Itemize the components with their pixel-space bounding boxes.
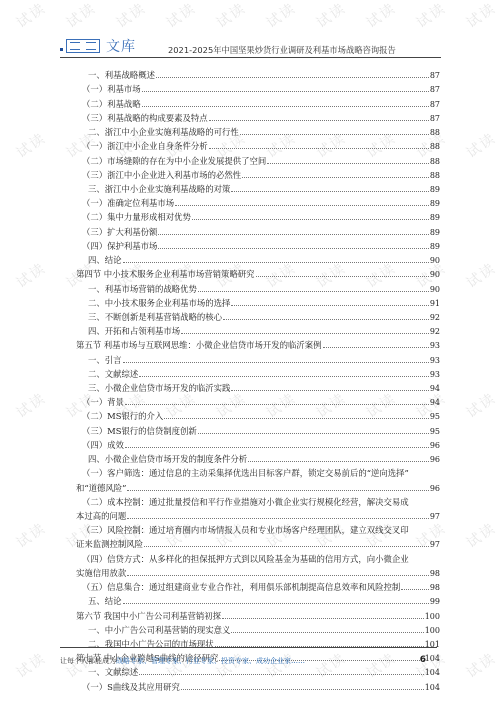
toc-entry-page: 88 [430,140,440,153]
watermark-text: 试读 [462,0,499,32]
dot-leader [242,177,429,178]
dot-leader [231,305,428,306]
toc-entry-title: 证来监测控制风险 [76,538,143,551]
toc-entry[interactable]: 一、利基战略概述87 [76,68,440,82]
toc-entry[interactable]: （四）信贷方式：从多样化的担保抵押方式到以风险基金为基础的信用方式，向小微企业 [76,551,440,565]
toc-entry[interactable]: 三、小微企业信贷市场开发的临沂实践94 [76,381,440,395]
toc-entry-title: 一、利基市场营销的战略优势 [88,283,197,296]
dot-leader [248,461,429,462]
dot-leader [240,134,429,135]
toc-entry-title: （三）扩大利基份额 [82,226,157,239]
watermark-text: 试读 [312,0,350,32]
toc-entry[interactable]: （二）集中力量形成相对优势89 [76,210,440,224]
toc-entry-title: （三）风险控制：通过培育圈内市场情报人员和专业市场客户经理团队，建立双线交叉印 [82,524,440,537]
wenku-logo: 文库 [60,36,136,56]
watermark-text: 试读 [412,0,450,32]
toc-entry[interactable]: 证来监测控制风险97 [76,537,440,551]
toc-entry-page: 96 [430,453,440,466]
toc-entry[interactable]: （四）保护利基市场89 [76,239,440,253]
header-divider [60,57,441,58]
toc-entry[interactable]: 二、文献综述93 [76,367,440,381]
watermark-text: 试读 [12,258,50,293]
table-of-contents: 一、利基战略概述87（一）利基市场87（二）利基战略87（三）利基战略的构成要素… [76,68,440,694]
watermark-text: 试读 [462,518,499,553]
logo-dot-icon [60,48,63,51]
toc-entry-title: （二）集中力量形成相对优势 [82,211,191,224]
toc-entry[interactable]: 一、引言93 [76,352,440,366]
toc-entry-page: 95 [430,410,440,423]
dot-leader [144,546,429,547]
toc-entry-page: 90 [430,283,440,296]
dot-leader [158,234,428,235]
dot-leader [123,362,429,363]
toc-entry[interactable]: 四、开拓和占领利基市场92 [76,324,440,338]
dot-leader [175,205,429,206]
toc-entry-title: 第四节 中小技术服务企业利基市场营销策略研究 [76,268,255,281]
watermark-text: 试读 [462,128,499,163]
toc-entry-title: 一、引言 [88,354,122,367]
toc-entry[interactable]: （二）成本控制：通过批量授信和平行作业措施对小微企业实行规模化经营，解决交易成 [76,495,440,509]
logo-mark-icon [66,39,100,53]
toc-entry[interactable]: （三）风险控制：通过培育圈内市场情报人员和专业市场客户经理团队，建立双线交叉印 [76,523,440,537]
toc-entry-page: 88 [430,169,440,182]
watermark-text: 试读 [12,648,50,683]
footer-divider [60,647,437,648]
footer-slogan: 让每个人都能成为战略专家、管理专家、行业专家、投资专家、成功企业家…… [60,656,305,666]
toc-entry-title: 四、开拓和占领利基市场 [88,325,180,338]
watermark-text: 试读 [12,388,50,423]
toc-entry-page: 98 [430,567,440,580]
toc-entry[interactable]: 五、结论99 [76,594,440,608]
dot-leader [209,148,429,149]
toc-entry[interactable]: （一）利基市场87 [76,82,440,96]
toc-entry[interactable]: （一）客户筛选：通过信息的主动采集择优选出目标客户群，锁定交易前后的“逆向选择” [76,466,440,480]
dot-leader [267,163,429,164]
toc-entry-page: 87 [430,83,440,96]
toc-entry-title: （二）市场缝隙的存在为中小企业发展提供了空间 [82,155,266,168]
toc-entry-page: 89 [430,197,440,210]
toc-entry-title: 二、文献综述 [88,368,138,381]
toc-entry-title: 四、结论 [88,254,122,267]
toc-entry[interactable]: （二）MS银行的介入95 [76,409,440,423]
toc-entry[interactable]: 和“道德风险”96 [76,480,440,494]
toc-entry-page: 89 [430,183,440,196]
toc-entry-title: （三）浙江中小企业进入利基市场的必然性 [82,169,241,182]
watermark-text: 试读 [262,0,300,32]
watermark-text: 试读 [362,0,400,32]
toc-entry-page: 93 [430,339,440,352]
watermark-text: 试读 [62,0,100,32]
dot-leader [209,120,429,121]
dot-leader [198,433,429,434]
watermark-text: 试读 [112,0,150,32]
toc-entry-title: 第六节 我国中小广告公司利基营销初探 [76,610,221,623]
watermark-text: 试读 [12,0,50,32]
toc-entry[interactable]: 四、小微企业信贷市场开发的制度条件分析96 [76,452,440,466]
dot-leader [231,632,423,633]
toc-entry[interactable]: 三、不断创新是利基营销战略的核心92 [76,310,440,324]
toc-entry-title: （四）信贷方式：从多样化的担保抵押方式到以风险基金为基础的信用方式，向小微企业 [82,553,440,566]
toc-entry[interactable]: （三）浙江中小企业进入利基市场的必然性88 [76,168,440,182]
dot-leader [192,219,429,220]
toc-entry[interactable]: （一）背景94 [76,395,440,409]
dot-leader [323,347,429,348]
toc-entry-page: 92 [430,311,440,324]
page-number: 6 [420,655,426,665]
toc-entry-title: （一）S曲线及其应用研究 [82,681,180,694]
toc-entry-title: （一）浙江中小企业自身条件分析 [82,140,208,153]
toc-entry[interactable]: 第六节 我国中小广告公司利基营销初探100 [76,608,440,622]
toc-entry-page: 89 [430,211,440,224]
toc-entry[interactable]: 三、浙江中小企业实施利基战略的对策89 [76,182,440,196]
toc-entry-page: 96 [430,439,440,452]
toc-entry-title: 实施信用放款 [76,567,126,580]
toc-entry[interactable]: （二）利基战略87 [76,96,440,110]
toc-entry-title: （四）保护利基市场 [82,240,157,253]
toc-entry-page: 90 [430,254,440,267]
toc-entry-page: 89 [430,226,440,239]
toc-entry-title: 五、结论 [88,595,122,608]
dot-leader [181,689,424,690]
toc-entry-title: （二）MS银行的介入 [82,410,163,423]
toc-entry-page: 90 [430,268,440,281]
logo-text: 文库 [106,36,136,56]
toc-entry[interactable]: 第四节 中小技术服务企业利基市场营销策略研究90 [76,267,440,281]
toc-entry[interactable]: （五）信息集合：通过组建商业专业合作社，利用俱乐部机制提高信息效率和风险控制98 [76,580,440,594]
toc-entry-title: 二、浙江中小企业实施利基战略的可行性 [88,126,239,139]
toc-entry-page: 88 [430,126,440,139]
toc-entry[interactable]: 二、我国中小广告公司的市场现状101 [76,637,440,651]
toc-entry-title: （三）MS银行的信贷制度创新 [82,425,197,438]
toc-entry-title: 和“道德风险” [76,482,126,495]
toc-entry[interactable]: 实施信用放款98 [76,566,440,580]
toc-entry-page: 100 [425,610,440,623]
toc-entry-title: 二、我国中小广告公司的市场现状 [88,638,214,651]
watermark-text: 试读 [462,388,499,423]
page-header: 文库 2021-2025年中国坚果炒货行业调研及利基市场战略咨询报告 [60,36,440,57]
dot-leader [123,262,429,263]
toc-entry-title: （四）成效 [82,439,124,452]
dot-leader [125,447,429,448]
toc-entry-page: 100 [425,624,440,637]
toc-entry[interactable]: 二、浙江中小企业实施利基战略的可行性88 [76,125,440,139]
watermark-text: 试读 [462,258,499,293]
toc-entry-page: 88 [430,155,440,168]
toc-entry-title: （五）信息集合：通过组建商业专业合作社，利用俱乐部机制提高信息效率和风险控制 [82,581,400,594]
toc-entry-title: 三、小微企业信贷市场开发的临沂实践 [88,382,230,395]
toc-entry-title: （一）准确定位利基市场 [82,197,174,210]
toc-entry-page: 96 [430,482,440,495]
toc-entry-title: （二）利基战略 [82,98,141,111]
toc-entry-title: 四、小微企业信贷市场开发的制度条件分析 [88,453,247,466]
toc-entry-page: 89 [430,240,440,253]
toc-entry[interactable]: （三）扩大利基份额89 [76,224,440,238]
dot-leader [125,404,429,405]
toc-entry-page: 87 [430,98,440,111]
toc-entry-page: 97 [430,538,440,551]
toc-entry-title: （三）利基战略的构成要素及特点 [82,112,208,125]
toc-entry-page: 104 [425,681,440,694]
toc-entry-page: 98 [430,581,440,594]
watermark-text: 试读 [212,0,250,32]
toc-entry[interactable]: 一、中小广告公司利基营销的现实意义100 [76,623,440,637]
dot-leader [142,91,429,92]
page-footer: 让每个人都能成为战略专家、管理专家、行业专家、投资专家、成功企业家…… 6 [60,656,440,670]
dot-leader [127,575,429,576]
toc-entry-page: 94 [430,396,440,409]
dot-leader [256,276,429,277]
dot-leader [181,333,429,334]
toc-entry-title: （一）利基市场 [82,83,141,96]
dot-leader [123,603,429,604]
toc-entry-title: 二、中小技术服务企业利基市场的选择 [88,297,230,310]
watermark-text: 试读 [12,518,50,553]
dot-leader [401,589,429,590]
toc-entry-title: 一、利基战略概述 [88,69,155,82]
document-title: 2021-2025年中国坚果炒货行业调研及利基市场战略咨询报告 [168,44,396,56]
dot-leader [127,490,428,491]
toc-entry-page: 93 [430,354,440,367]
toc-entry-title: 本过高的问题 [76,510,126,523]
toc-entry-title: 一、中小广告公司利基营销的现实意义 [88,624,230,637]
toc-entry[interactable]: 二、中小技术服务企业利基市场的选择91 [76,296,440,310]
toc-entry-page: 87 [430,112,440,125]
toc-entry[interactable]: 一、利基市场营销的战略优势90 [76,281,440,295]
toc-entry-page: 99 [430,595,440,608]
dot-leader [164,418,429,419]
toc-entry-title: 第五节 利基市场与互联网思维：小微企业信贷市场开发的临沂案例 [76,339,322,352]
toc-entry-page: 92 [430,325,440,338]
toc-entry-title: （一）背景 [82,396,124,409]
dot-leader [127,518,429,519]
toc-entry[interactable]: （一）准确定位利基市场89 [76,196,440,210]
dot-leader [158,248,428,249]
toc-entry[interactable]: （一）浙江中小企业自身条件分析88 [76,139,440,153]
watermark-text: 试读 [162,0,200,32]
toc-entry-page: 101 [425,638,440,651]
watermark-text: 试读 [12,128,50,163]
slogan-prefix: 让每个人都能成为 [60,657,116,665]
toc-entry-page: 87 [430,69,440,82]
dot-leader [142,106,429,107]
dot-leader [139,674,423,675]
toc-entry[interactable]: （三）MS银行的信贷制度创新95 [76,423,440,437]
toc-entry-page: 97 [430,510,440,523]
watermark-text: 试读 [462,648,499,683]
dot-leader [231,390,428,391]
toc-entry[interactable]: （一）S曲线及其应用研究104 [76,679,440,693]
toc-entry[interactable]: （三）利基战略的构成要素及特点87 [76,111,440,125]
dot-leader [139,376,429,377]
toc-entry-title: （二）成本控制：通过批量授信和平行作业措施对小微企业实行规模化经营，解决交易成 [82,496,440,509]
toc-entry[interactable]: 四、结论90 [76,253,440,267]
dot-leader [223,319,429,320]
toc-entry-title: （一）客户筛选：通过信息的主动采集择优选出目标客户群，锁定交易前后的“逆向选择” [82,467,440,480]
toc-entry-page: 91 [430,297,440,310]
toc-entry-title: 三、浙江中小企业实施利基战略的对策 [88,183,230,196]
toc-entry-page: 95 [430,425,440,438]
toc-entry-title: 三、不断创新是利基营销战略的核心 [88,311,222,324]
toc-entry[interactable]: （四）成效96 [76,438,440,452]
toc-entry-page: 93 [430,368,440,381]
toc-entry[interactable]: 第五节 利基市场与互联网思维：小微企业信贷市场开发的临沂案例93 [76,338,440,352]
dot-leader [156,77,429,78]
toc-entry[interactable]: 本过高的问题97 [76,509,440,523]
dot-leader [198,291,429,292]
toc-entry-page: 94 [430,382,440,395]
toc-entry[interactable]: （二）市场缝隙的存在为中小企业发展提供了空间88 [76,153,440,167]
dot-leader [222,618,424,619]
dot-leader [231,191,428,192]
slogan-highlight: 战略专家、管理专家、行业专家、投资专家、成功企业家…… [116,657,305,665]
